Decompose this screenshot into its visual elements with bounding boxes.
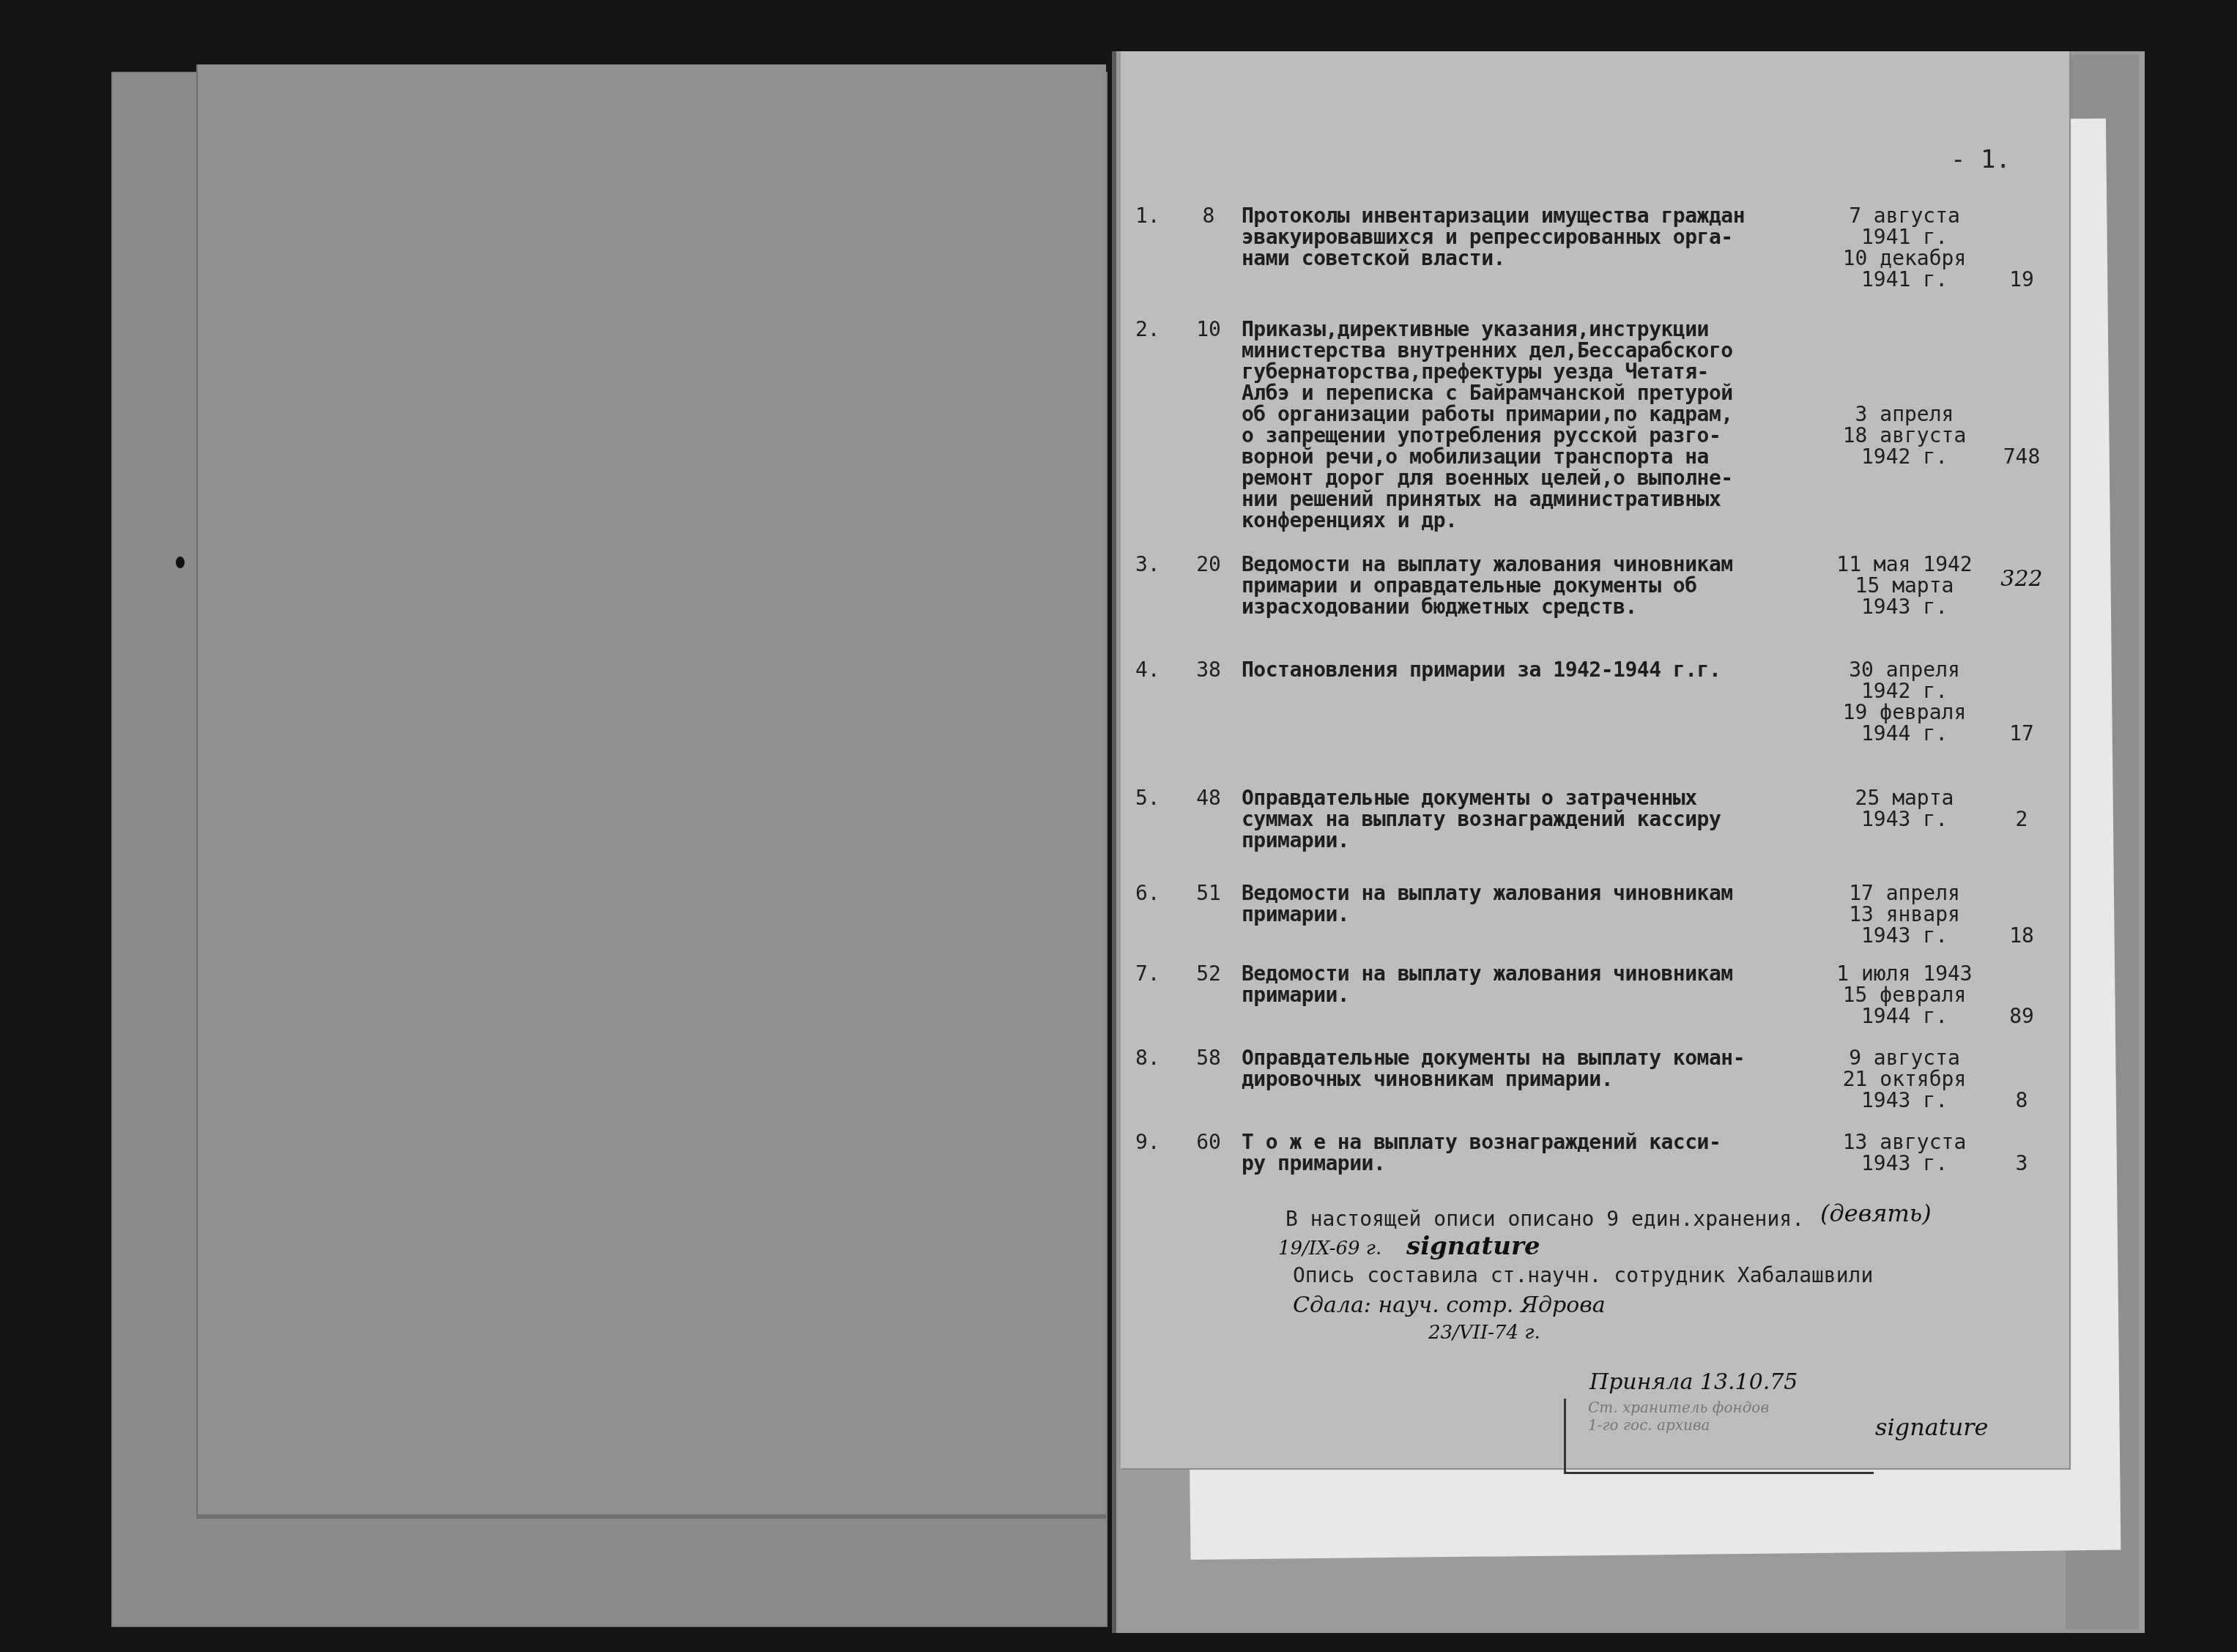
inventory-page: - 1. 1. 8 Протоколы инвентаризации имуще…: [1121, 51, 2069, 1468]
date-note-1: 19/IX-69 г.: [1278, 1238, 1381, 1260]
entry-number: 52: [1187, 963, 1231, 984]
left-inner-sheet: [196, 64, 1106, 1519]
entry-sheets: 2: [1992, 808, 2051, 830]
entry-number: 60: [1187, 1131, 1231, 1153]
entry-title: Ведомости на выплату жалования чиновника…: [1242, 963, 1813, 1005]
signature-2: signature: [1875, 1413, 1989, 1441]
entry-sheets: 17: [1992, 723, 2051, 744]
summary-handwritten: (девять): [1820, 1199, 1932, 1227]
entry-title: Оправдательные документы о затраченных с…: [1242, 787, 1813, 851]
entry-dates: 11 мая 1942 15 марта 1943 г.: [1831, 554, 1978, 617]
entry-sheets-handwritten: 322: [1992, 568, 2051, 589]
stamp-line-1: Ст. хранитель фондов: [1588, 1399, 1874, 1416]
handover-note: Сдала: науч. сотр. Ядрова: [1293, 1292, 1606, 1318]
entry-title: Постановления примарии за 1942-1944 г.г.: [1242, 659, 1813, 680]
entry-dates: 3 апреля 18 августа 1942 г.: [1831, 403, 1978, 467]
entry-sheets: 18: [1992, 925, 2051, 946]
entry-index: 6.: [1135, 882, 1179, 904]
archive-stamp: Ст. хранитель фондов 1-го гос. архива: [1564, 1399, 1874, 1474]
entry-dates: 17 апреля 13 января 1943 г.: [1831, 882, 1978, 946]
entry-sheets: 3: [1992, 1153, 2051, 1174]
entry-dates: 30 апреля 1942 г. 19 февраля 1944 г.: [1831, 659, 1978, 744]
entry-dates: 9 августа 21 октября 1943 г.: [1831, 1047, 1978, 1111]
entry-title: Приказы,директивные указания,инструкции …: [1242, 319, 1813, 531]
entry-index: 7.: [1135, 963, 1179, 984]
entry-index: 5.: [1135, 787, 1179, 808]
compiled-by-line: Опись составила ст.научн. сотрудник Хаба…: [1293, 1263, 1873, 1287]
entry-sheets: 19: [1992, 269, 2051, 290]
entry-index: 4.: [1135, 659, 1179, 680]
entry-number: 51: [1187, 882, 1231, 904]
signature-1: signature: [1406, 1232, 1540, 1261]
entry-dates: 7 августа 1941 г. 10 декабря 1941 г.: [1831, 205, 1978, 290]
entry-title: Ведомости на выплату жалования чиновника…: [1242, 554, 1813, 617]
entry-dates: 1 июля 1943 15 февраля 1944 г.: [1831, 963, 1978, 1027]
entry-title: Оправдательные документы на выплату кома…: [1242, 1047, 1813, 1090]
cover-hole-mark: [176, 557, 185, 568]
entry-number: 8: [1187, 205, 1231, 226]
entry-index: 3.: [1135, 554, 1179, 575]
entry-sheets: 8: [1992, 1090, 2051, 1111]
entry-number: 58: [1187, 1047, 1231, 1068]
entry-dates: 25 марта 1943 г.: [1831, 787, 1978, 830]
entry-index: 8.: [1135, 1047, 1179, 1068]
entry-sheets: 748: [1992, 446, 2051, 467]
entry-number: 38: [1187, 659, 1231, 680]
page-number: - 1.: [1951, 145, 2011, 174]
stamp-line-2: 1-го гос. архива: [1588, 1416, 1874, 1434]
date-note-2: 23/VII-74 г.: [1428, 1322, 1540, 1344]
entry-dates: 13 августа 1943 г.: [1831, 1131, 1978, 1174]
entry-number: 20: [1187, 554, 1231, 575]
accepted-note: Приняла 13.10.75: [1589, 1369, 1798, 1395]
summary-line: В настоящей описи описано 9 един.хранени…: [1286, 1207, 1804, 1231]
entry-title: Протоколы инвентаризации имущества гражд…: [1242, 205, 1813, 269]
entry-index: 2.: [1135, 319, 1179, 340]
entry-sheets: 89: [1992, 1005, 2051, 1027]
entry-title: Ведомости на выплату жалования чиновника…: [1242, 882, 1813, 925]
entry-number: 48: [1187, 787, 1231, 808]
entry-number: 10: [1187, 319, 1231, 340]
entry-index: 9.: [1135, 1131, 1179, 1153]
entry-index: 1.: [1135, 205, 1179, 226]
entry-title: Т о ж е на выплату вознаграждений касси-…: [1242, 1131, 1813, 1174]
